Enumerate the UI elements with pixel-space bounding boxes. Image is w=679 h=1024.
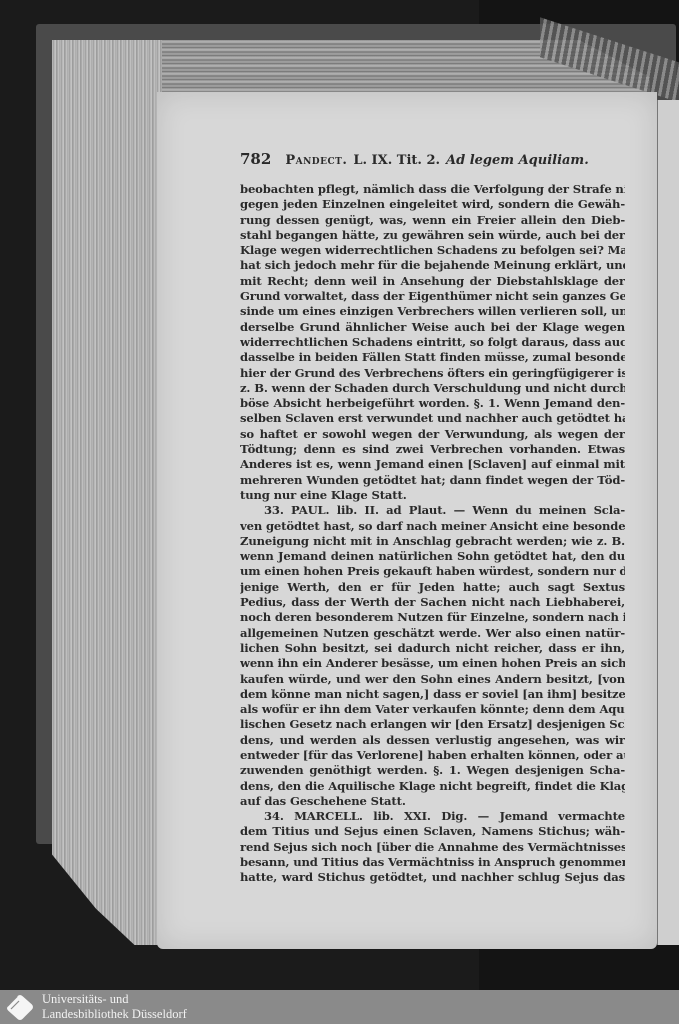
text-line: böse Absicht herbeigeführt worden. §. 1.… xyxy=(240,396,625,411)
text-line: selben Sclaven erst verwundet und nachhe… xyxy=(240,411,625,426)
text-line: 33. PAUL. lib. II. ad Plaut. — Wenn du m… xyxy=(240,503,625,518)
text-line: hatte, ward Stichus getödtet, und nachhe… xyxy=(240,870,625,885)
text-line: hat sich jedoch mehr für die bejahende M… xyxy=(240,258,625,273)
library-book-icon xyxy=(2,990,38,1024)
text-line: dens, den die Aquilische Klage nicht beg… xyxy=(240,779,625,794)
facing-page-edge xyxy=(657,100,679,945)
text-line: entweder [für das Verlorene] haben erhal… xyxy=(240,748,625,763)
text-line: widerrechtlichen Schadens eintritt, so f… xyxy=(240,335,625,350)
text-line: z. B. wenn der Schaden durch Verschuldun… xyxy=(240,381,625,396)
running-head-reference: L. IX. Tit. 2. xyxy=(353,153,440,168)
page-text: 782 Pandect. L. IX. Tit. 2. Ad legem Aqu… xyxy=(240,150,625,886)
text-line: derselbe Grund ähnlicher Weise auch bei … xyxy=(240,320,625,335)
text-line: ven getödtet hast, so darf nach meiner A… xyxy=(240,519,625,534)
text-line: wenn ihn ein Anderer besässe, um einen h… xyxy=(240,656,625,671)
text-line: dasselbe in beiden Fällen Statt finden m… xyxy=(240,350,625,365)
text-line: Pedius, dass der Werth der Sachen nicht … xyxy=(240,595,625,610)
text-line: mit Recht; denn weil in Ansehung der Die… xyxy=(240,274,625,289)
text-line: Anderes ist es, wenn Jemand einen [Sclav… xyxy=(240,457,625,472)
text-line: Tödtung; denn es sind zwei Verbrechen vo… xyxy=(240,442,625,457)
text-line: tung nur eine Klage Statt. xyxy=(240,488,625,503)
text-line: lischen Gesetz nach erlangen wir [den Er… xyxy=(240,717,625,732)
text-line: auf das Geschehene Statt. xyxy=(240,794,625,809)
text-line: lichen Sohn besitzt, sei dadurch nicht r… xyxy=(240,641,625,656)
text-line: 34. MARCELL. lib. XXI. Dig. — Jemand ver… xyxy=(240,809,625,824)
text-line: als wofür er ihn dem Vater verkaufen kön… xyxy=(240,702,625,717)
text-line: Zuneigung nicht mit in Anschlag gebracht… xyxy=(240,534,625,549)
text-line: rung dessen genügt, was, wenn ein Freier… xyxy=(240,213,625,228)
text-line: Grund vorwaltet, dass der Eigenthümer ni… xyxy=(240,289,625,304)
text-line: Klage wegen widerrechtlichen Schadens zu… xyxy=(240,243,625,258)
text-line: beobachten pflegt, nämlich dass die Verf… xyxy=(240,182,625,197)
text-line: um einen hohen Preis gekauft haben würde… xyxy=(240,564,625,579)
text-line: besann, und Titius das Vermächtniss in A… xyxy=(240,855,625,870)
text-line: dem Titius und Sejus einen Sclaven, Name… xyxy=(240,824,625,839)
body-lines: beobachten pflegt, nämlich dass die Verf… xyxy=(240,182,625,886)
text-line: kaufen würde, und wer den Sohn eines And… xyxy=(240,672,625,687)
text-line: dem könne man nicht sagen,] dass er sovi… xyxy=(240,687,625,702)
running-head-subject: Ad legem Aquiliam. xyxy=(446,153,589,168)
text-line: wenn Jemand deinen natürlichen Sohn getö… xyxy=(240,549,625,564)
text-line: allgemeinen Nutzen geschätzt werde. Wer … xyxy=(240,626,625,641)
text-line: gegen jeden Einzelnen eingeleitet wird, … xyxy=(240,197,625,212)
library-name-line1: Universitäts- und xyxy=(42,992,187,1007)
text-line: mehreren Wunden getödtet hat; dann finde… xyxy=(240,473,625,488)
text-line: noch deren besonderem Nutzen für Einzeln… xyxy=(240,610,625,625)
text-line: dens, und werden als dessen verlustig an… xyxy=(240,733,625,748)
text-line: hier der Grund des Verbrechens öfters ei… xyxy=(240,366,625,381)
text-line: rend Sejus sich noch [über die Annahme d… xyxy=(240,840,625,855)
running-head: 782 Pandect. L. IX. Tit. 2. Ad legem Aqu… xyxy=(240,150,625,174)
text-line: jenige Werth, den er für Jeden hatte; au… xyxy=(240,580,625,595)
page-number: 782 xyxy=(240,150,271,168)
text-line: so haftet er sowohl wegen der Verwundung… xyxy=(240,427,625,442)
text-line: zuwenden genöthigt werden. §. 1. Wegen d… xyxy=(240,763,625,778)
page-edges-left xyxy=(52,40,162,945)
library-name: Universitäts- und Landesbibliothek Düsse… xyxy=(42,992,187,1022)
library-name-line2: Landesbibliothek Düsseldorf xyxy=(42,1007,187,1022)
text-line: stahl begangen hätte, zu gewähren sein w… xyxy=(240,228,625,243)
library-footer: Universitäts- und Landesbibliothek Düsse… xyxy=(0,990,679,1024)
text-line: sinde um eines einzigen Verbrechers will… xyxy=(240,304,625,319)
book-scan: 782 Pandect. L. IX. Tit. 2. Ad legem Aqu… xyxy=(0,0,679,990)
running-head-title: Pandect. xyxy=(285,153,347,168)
